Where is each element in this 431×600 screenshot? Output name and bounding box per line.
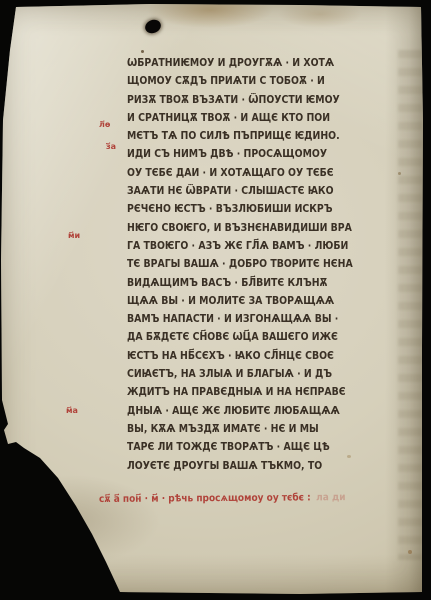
text-line: сиꙗєтъ, на злыѧ и благыѧ · и дъ xyxy=(127,365,348,383)
text-line: вы, кѫѧ мъздѫ иматє · нє и мы xyxy=(127,420,348,438)
text-line: мєтъ тѧ по силѣ пъприщє ѥдино. xyxy=(127,127,348,145)
margin-mark-section: м҃и xyxy=(68,231,80,240)
text-line: ѥстъ на нб҃сєхъ · ꙗко сл҃нцє своє xyxy=(127,347,348,365)
margin-mark-lection: з҃а xyxy=(106,142,116,151)
ink-speck xyxy=(408,550,412,554)
margin-mark-section: м҃а xyxy=(66,406,78,415)
text-line: тарє ли тождє творѧтъ · ащє цѣ xyxy=(127,438,348,456)
text-line: дныѧ · ащє жє любитє любѧщѧѧ xyxy=(127,402,348,420)
text-line: тє врагы вашѧ · добро творитє нєна xyxy=(127,255,348,273)
rubric-line: сѫ҃ а҃ пон҃ · м҃ · рѣчь просѧщомоу оу тє… xyxy=(99,492,346,505)
text-line: заѧти нє ѿврати · слышастє ꙗко xyxy=(127,182,348,200)
text-line: ждитъ на правєдныѧ и на нєправє xyxy=(127,383,348,401)
rubric-faint-tail: ла ди xyxy=(316,492,345,503)
text-line: щѧѧ вы · и молитє за творѧщѧѧ xyxy=(127,292,348,310)
text-line: рєчєно ѥстъ · възлюбиши искръ xyxy=(127,200,348,218)
text-line: щомоу сѫдъ приѧти с тобоѫ · и xyxy=(127,72,348,90)
manuscript-page: л҃ѳ з҃а м҃и м҃а ѡбратниѥмоу и дроугѫѧ · … xyxy=(0,0,431,600)
gutter-showthrough xyxy=(398,50,422,560)
text-line: и сратницѫ твоѫ · и ащє кто пои xyxy=(127,109,348,127)
manuscript-text-block: ѡбратниѥмоу и дроугѫѧ · и хотѧщомоу сѫдъ… xyxy=(127,54,348,475)
text-line: вамъ напасти · и изгонѧщѧѧ вы · xyxy=(127,310,348,328)
text-line: ѡбратниѥмоу и дроугѫѧ · и хотѧ xyxy=(127,54,348,72)
text-line: видѧщимъ васъ · бл҃витє клънѫ xyxy=(127,274,348,292)
text-line: нѥго своѥго, и възнєнавидиши вра xyxy=(127,219,348,237)
rubric-text: сѫ҃ а҃ пон҃ · м҃ · рѣчь просѧщомоу оу тє… xyxy=(99,492,311,505)
text-line: иди съ нимъ двѣ · просѧщомоу xyxy=(127,145,348,163)
text-line: лоуєтє дроугы вашѧ тъкмо, то xyxy=(127,457,348,475)
text-line: оу тєбє даи · и хотѧщаго оу тєбє xyxy=(127,164,348,182)
ink-speck xyxy=(141,50,144,53)
ink-speck xyxy=(398,172,401,175)
parchment-hole xyxy=(143,17,163,35)
margin-mark-section: л҃ѳ xyxy=(99,120,110,129)
text-line: га твоѥго · азъ жє гл҃ѧ вамъ · люби xyxy=(127,237,348,255)
text-line: ризѫ твоѫ възѧти · ѿпоусти ѥмоу xyxy=(127,91,348,109)
text-line: да бѫдєтє сн҃овє ѡц҃а вашєго ижє xyxy=(127,328,348,346)
photo-background: л҃ѳ з҃а м҃и м҃а ѡбратниѥмоу и дроугѫѧ · … xyxy=(0,0,431,600)
